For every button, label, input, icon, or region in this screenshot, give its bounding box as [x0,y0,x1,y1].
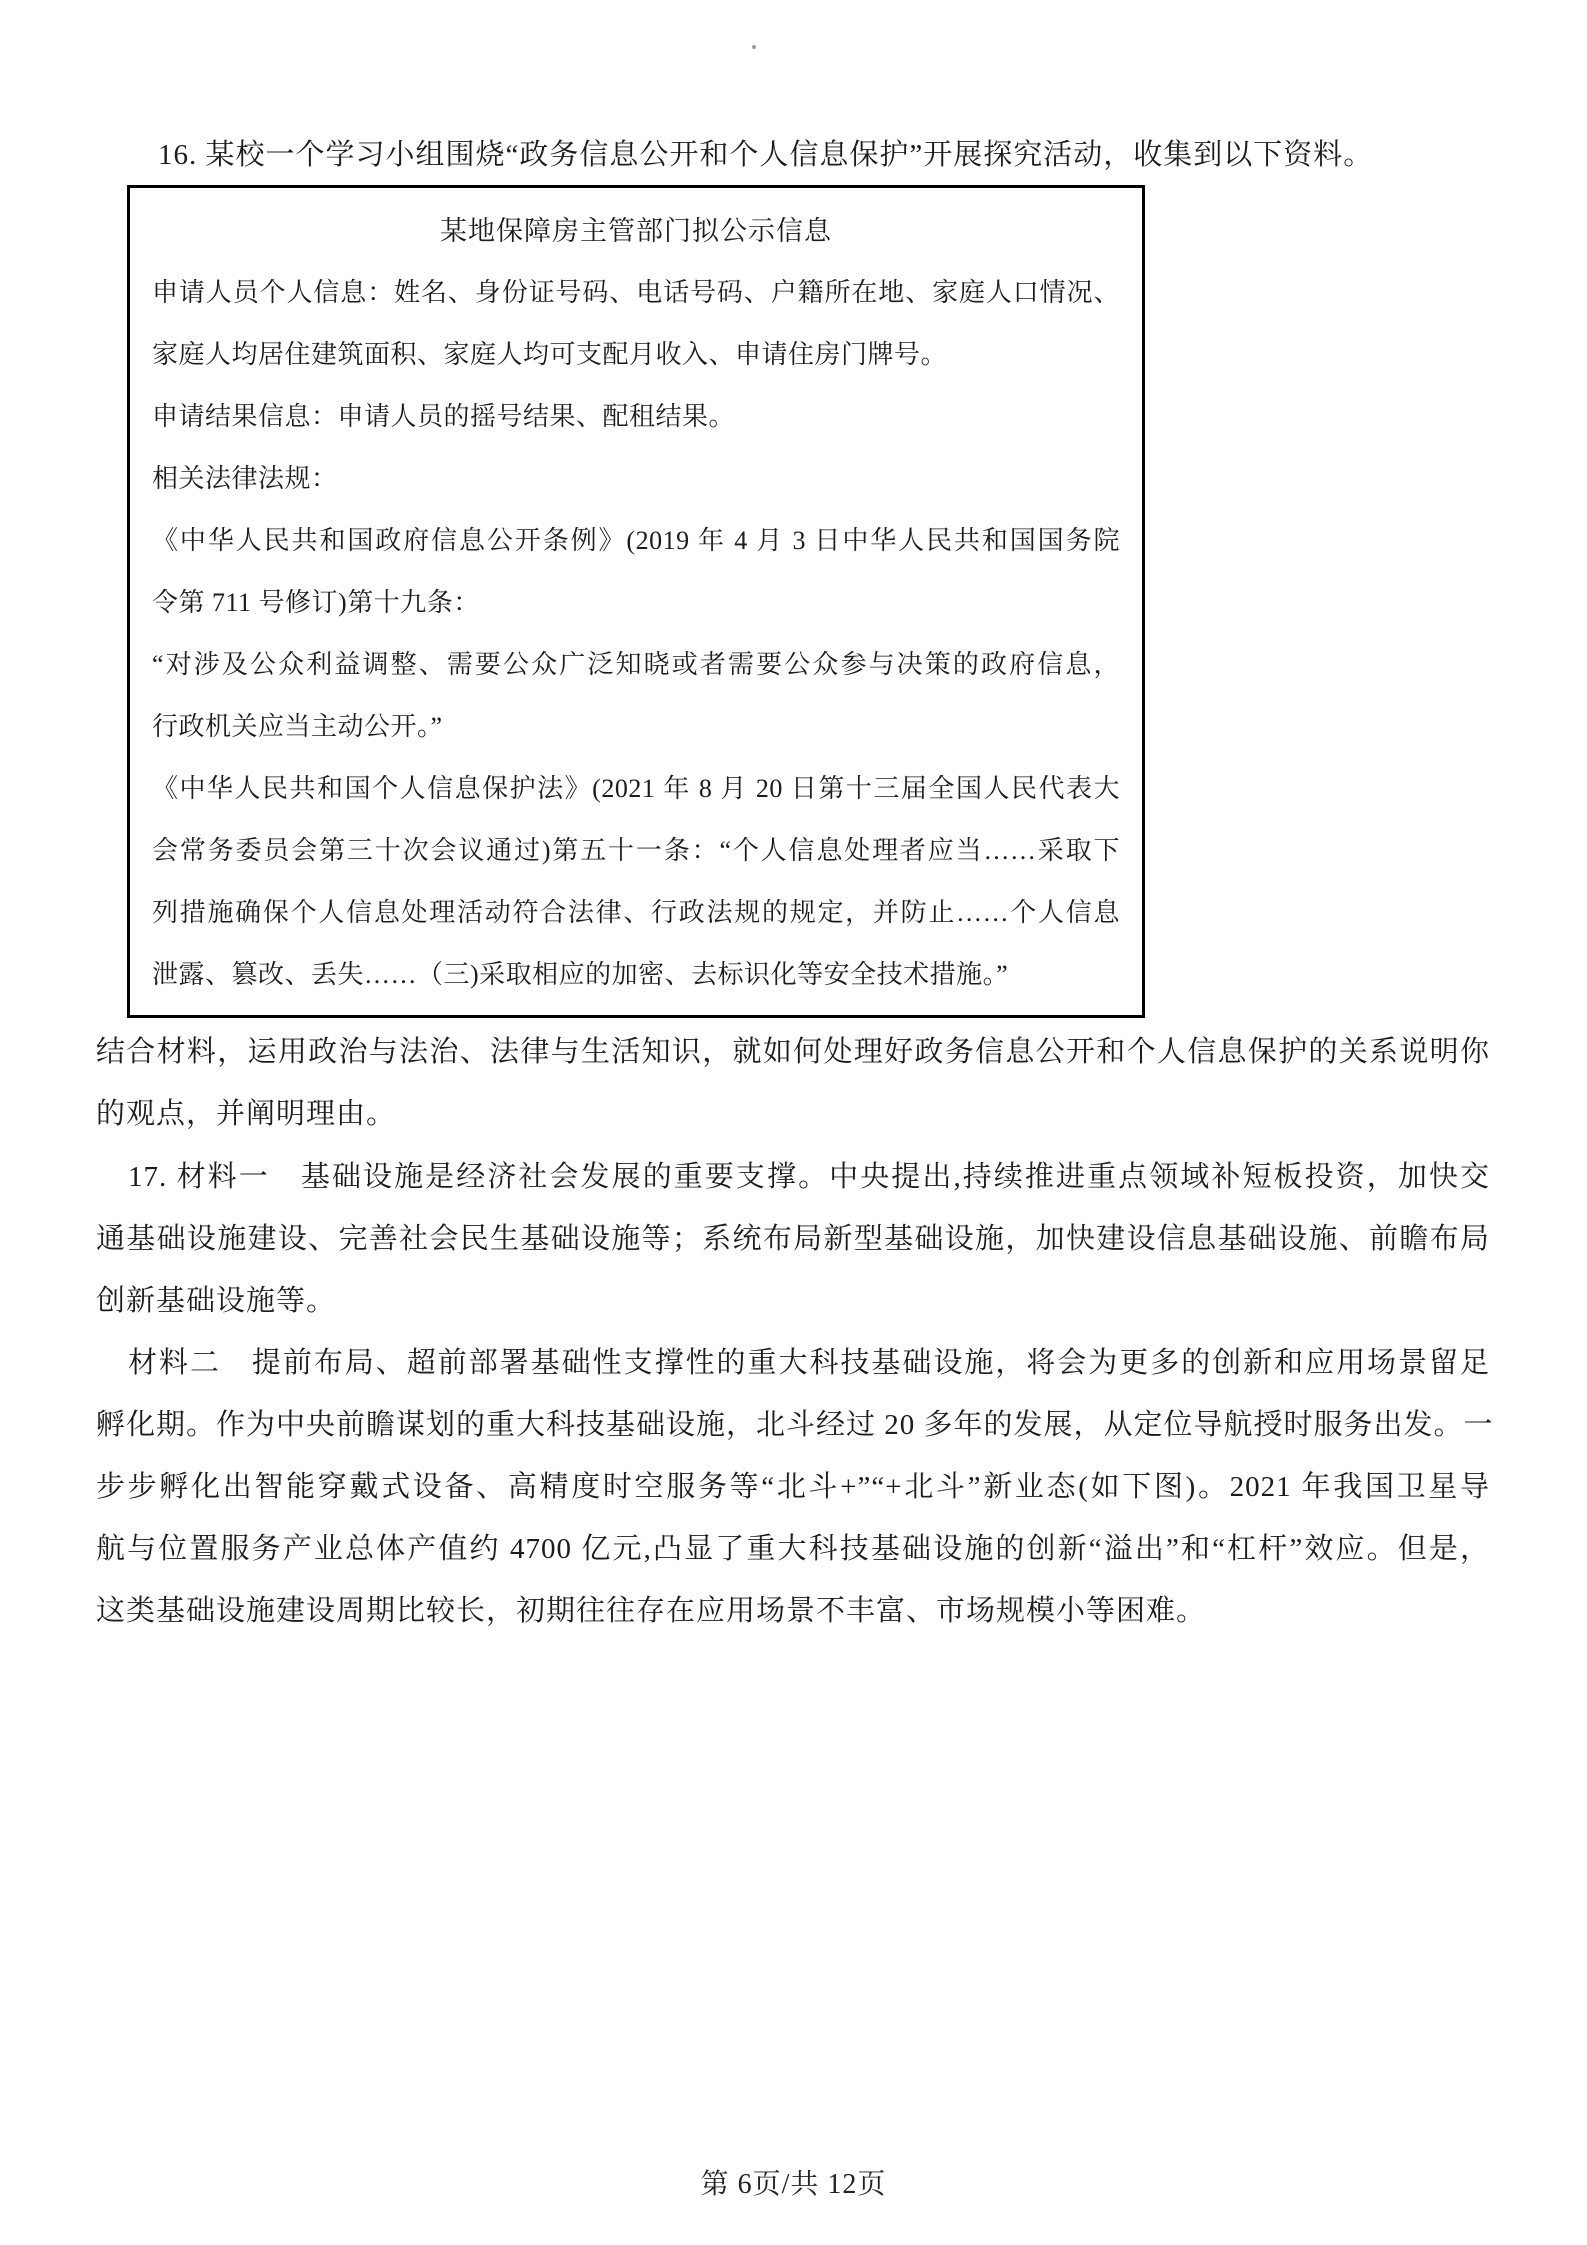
material-box-line: 申请结果信息：申请人员的摇号结果、配租结果。 [152,386,1120,448]
material-box-line: 令第 711 号修订)第十九条： [152,572,1120,634]
material-box-line: “对涉及公众利益调整、需要公众广泛知晓或者需要公众参与决策的政府信息， [152,634,1120,696]
material-box-line: 会常务委员会第三十次会议通过)第五十一条：“个人信息处理者应当……采取下 [152,820,1120,882]
stray-dot [752,45,756,49]
page-number-footer: 第 6页/共 12页 [0,2170,1587,2200]
question-17-line: 材料二 提前布局、超前部署基础性支撑性的重大科技基础设施，将会为更多的创新和应用… [96,1332,1490,1394]
question-17-line: 通基础设施建设、完善社会民生基础设施等；系统布局新型基础设施，加快建设信息基础设… [96,1208,1490,1270]
question-17-line: 步步孵化出智能穿戴式设备、高精度时空服务等“北斗+”“+北斗”新业态(如下图)。… [96,1456,1490,1518]
question-17-line: 这类基础设施建设周期比较长，初期往往存在应用场景不丰富、市场规模小等困难。 [96,1580,1490,1642]
material-box-line: 相关法律法规： [152,448,1120,510]
question-16-task: 结合材料，运用政治与法治、法律与生活知识，就如何处理好政务信息公开和个人信息保护… [96,1021,1490,1145]
material-box-line: 泄露、篡改、丢失……（三)采取相应的加密、去标识化等安全技术措施。” [152,944,1120,1006]
question-16-intro: 16. 某校一个学习小组围烧“政务信息公开和个人信息保护”开展探究活动，收集到以… [96,124,1490,186]
material-box-line: 《中华人民共和国政府信息公开条例》(2019 年 4 月 3 日中华人民共和国国… [152,510,1120,572]
material-box-line: 列措施确保个人信息处理活动符合法律、行政法规的规定，并防止……个人信息 [152,882,1120,944]
question-16-task-line: 结合材料，运用政治与法治、法律与生活知识，就如何处理好政务信息公开和个人信息保护… [96,1021,1490,1083]
question-17-line: 17. 材料一 基础设施是经济社会发展的重要支撑。中央提出,持续推进重点领域补短… [96,1146,1490,1208]
question-17-material-2: 材料二 提前布局、超前部署基础性支撑性的重大科技基础设施，将会为更多的创新和应用… [96,1332,1490,1642]
exam-document-page: 16. 某校一个学习小组围烧“政务信息公开和个人信息保护”开展探究活动，收集到以… [0,0,1587,2245]
material-box-line: 《中华人民共和国个人信息保护法》(2021 年 8 月 20 日第十三届全国人民… [152,758,1120,820]
material-box-line: 家庭人均居住建筑面积、家庭人均可支配月收入、申请住房门牌号。 [152,324,1120,386]
question-17-line: 创新基础设施等。 [96,1270,1490,1332]
material-box-line: 申请人员个人信息：姓名、身份证号码、电话号码、户籍所在地、家庭人口情况、 [152,262,1120,324]
question-16-material-box: 某地保障房主管部门拟公示信息 申请人员个人信息：姓名、身份证号码、电话号码、户籍… [127,185,1145,1018]
material-box-title: 某地保障房主管部门拟公示信息 [152,200,1120,262]
question-16-task-line: 的观点，并阐明理由。 [96,1083,1490,1145]
question-17-material-1: 17. 材料一 基础设施是经济社会发展的重要支撑。中央提出,持续推进重点领域补短… [96,1146,1490,1332]
question-17-line: 航与位置服务产业总体产值约 4700 亿元,凸显了重大科技基础设施的创新“溢出”… [96,1518,1490,1580]
material-box-line: 行政机关应当主动公开。” [152,696,1120,758]
question-17-line: 孵化期。作为中央前瞻谋划的重大科技基础设施，北斗经过 20 多年的发展，从定位导… [96,1394,1490,1456]
